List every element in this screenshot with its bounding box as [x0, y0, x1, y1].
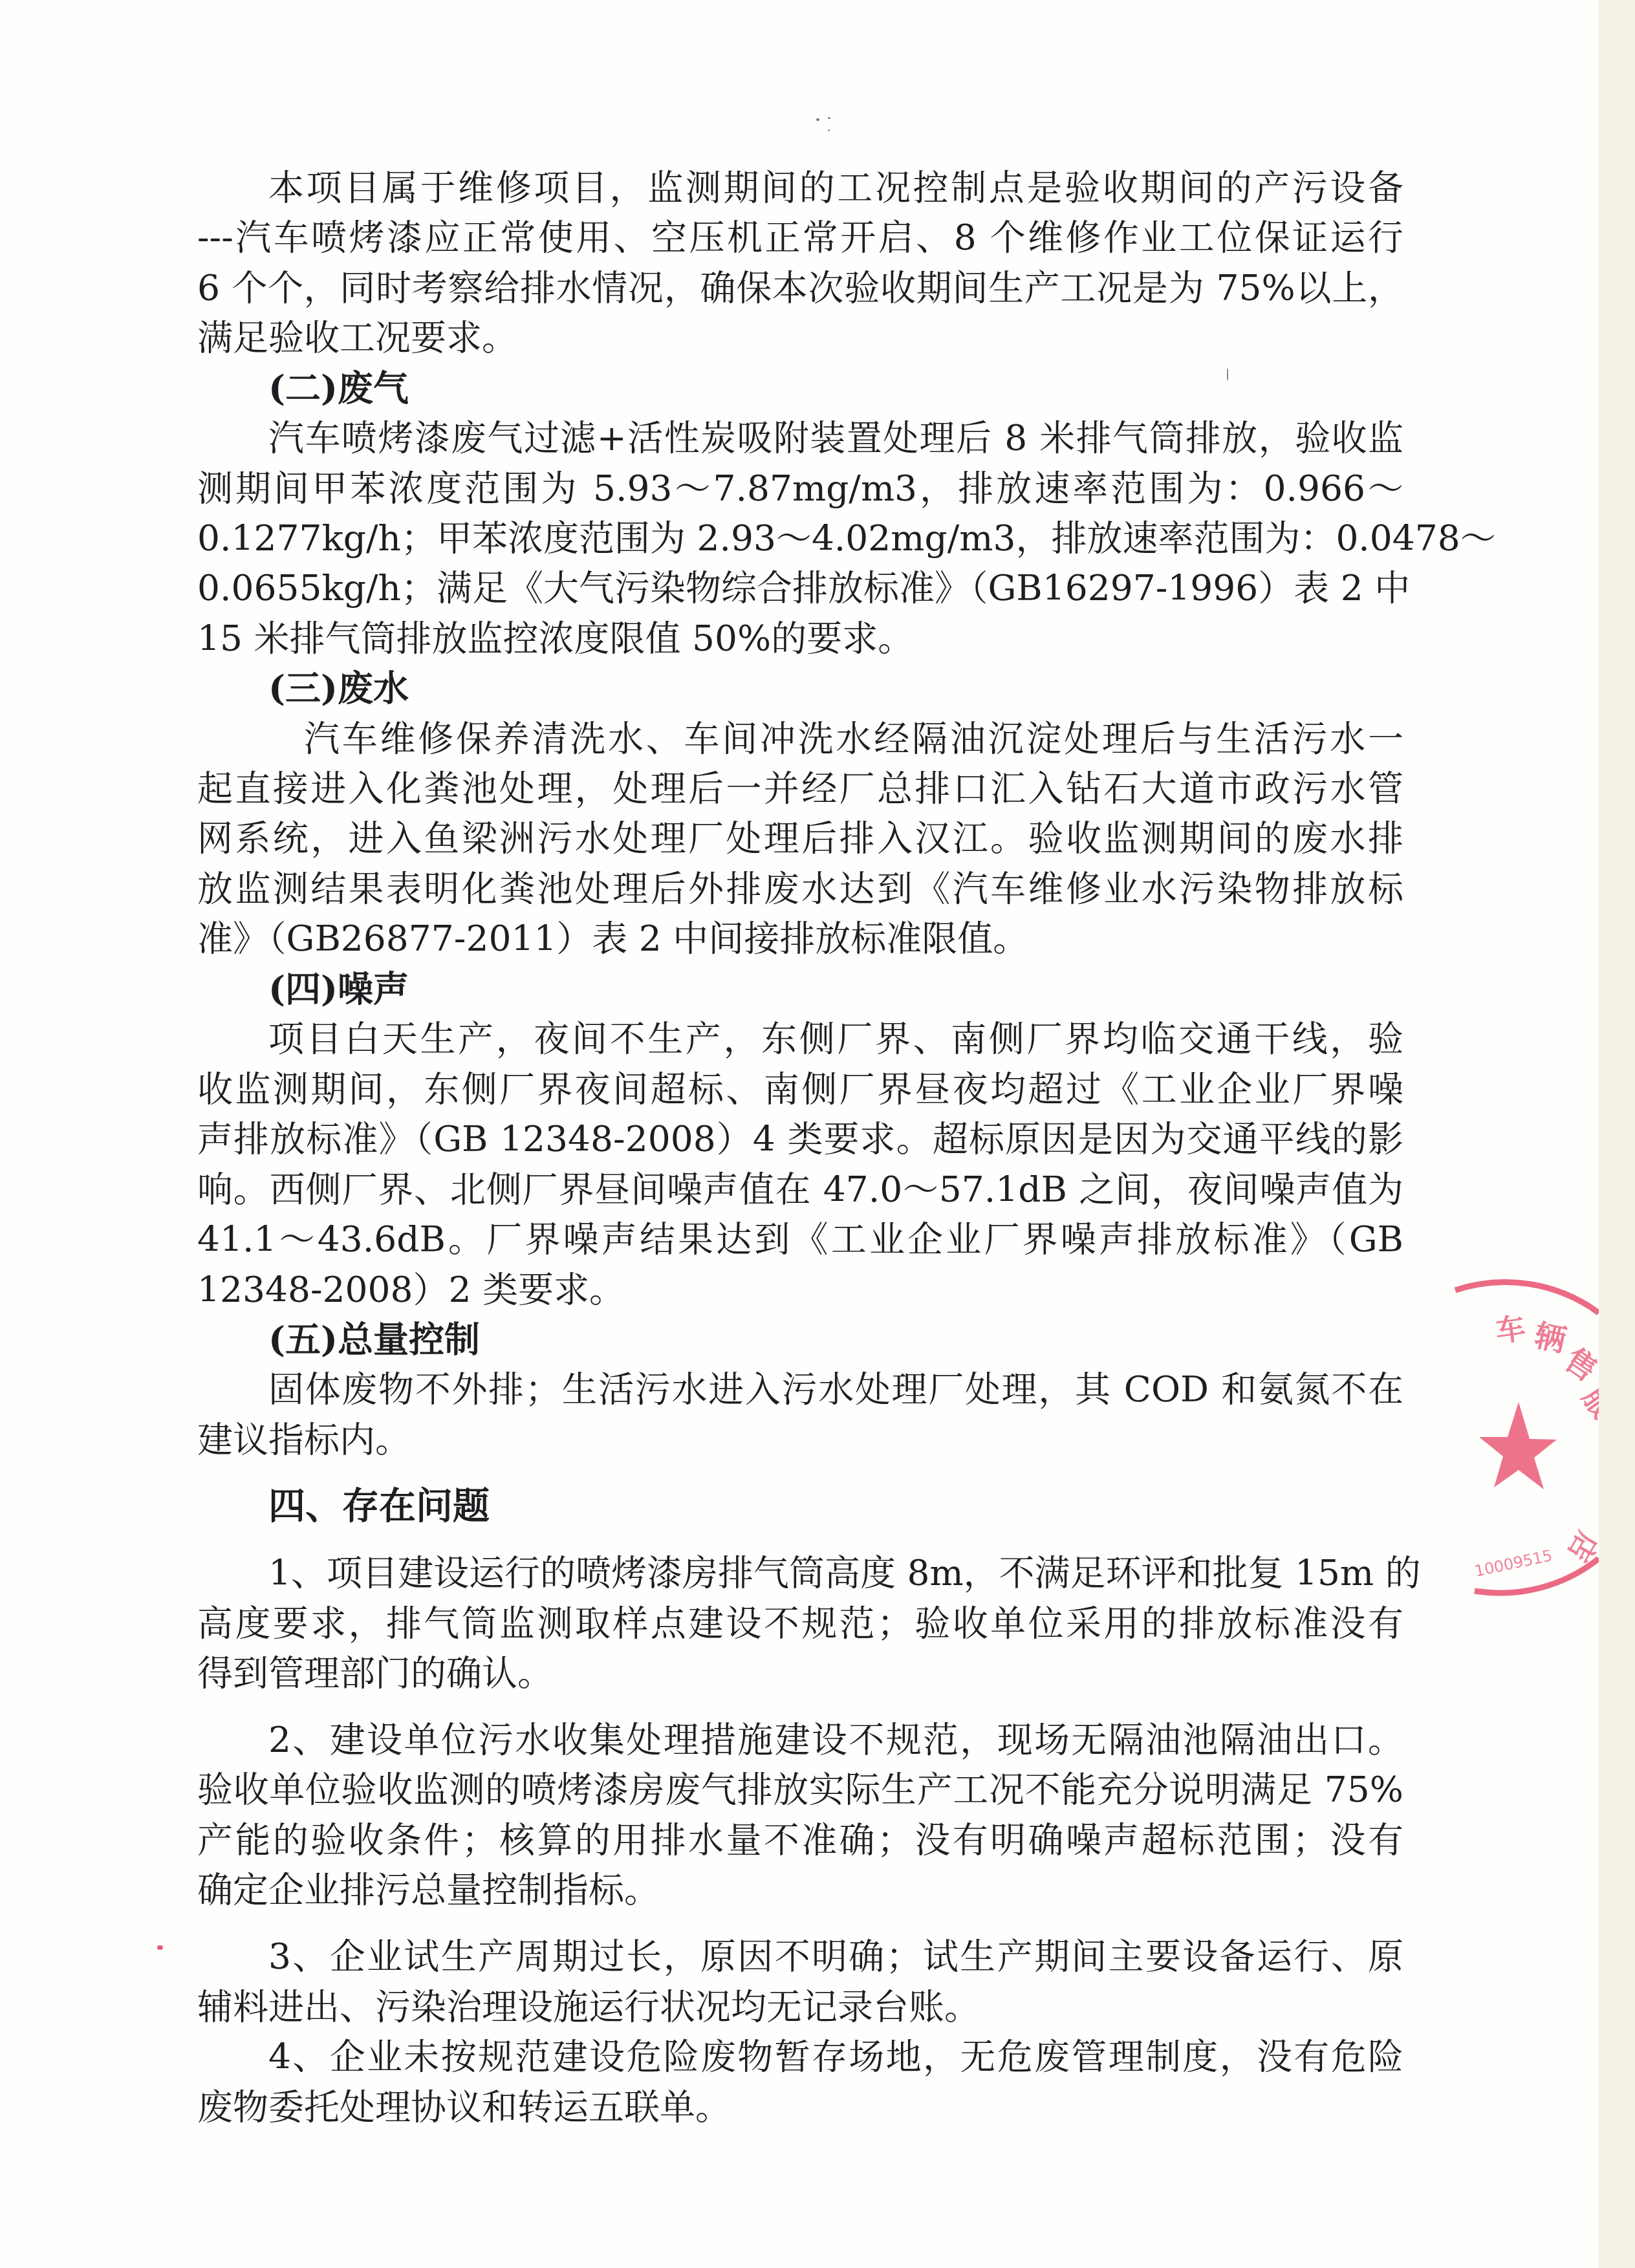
- text-line: 2、建设单位污水收集处理措施建设不规范，现场无隔油池隔油出口。: [268, 1718, 1403, 1761]
- section-heading: 四、存在问题: [268, 1485, 490, 1528]
- stamp-seal-icon: 车 辆 售 服 店 10009515: [1436, 1268, 1599, 1604]
- text-line: 41.1～43.6dB。厂界噪声结果达到《工业企业厂界噪声排放标准》（GB: [197, 1218, 1403, 1260]
- subsection-heading: (五)总量控制: [268, 1318, 480, 1361]
- text-line: 汽车维修保养清洗水、车间冲洗水经隔油沉淀处理后与生活污水一: [304, 717, 1403, 760]
- svg-text:10009515: 10009515: [1473, 1546, 1554, 1581]
- text-line: 起直接进入化粪池处理，处理后一并经厂总排口汇入钻石大道市政污水管: [197, 767, 1403, 810]
- text-line: 准》（GB26877-2011）表 2 中间接排放标准限值。: [197, 917, 1403, 960]
- subsection-heading: (四)噪声: [268, 967, 409, 1010]
- text-line: 验收单位验收监测的喷烤漆房废气排放实际生产工况不能充分说明满足 75%: [197, 1768, 1403, 1811]
- text-line: 收监测期间，东侧厂界夜间超标、南侧厂界昼夜均超过《工业企业厂界噪: [197, 1068, 1403, 1110]
- text-line: 响。西侧厂界、北侧厂界昼间噪声值在 47.0～57.1dB 之间，夜间噪声值为: [197, 1168, 1403, 1211]
- text-line: 3、企业试生产周期过长，原因不明确；试生产期间主要设备运行、原: [268, 1935, 1403, 1978]
- text-line: 放监测结果表明化粪池处理后外排废水达到《汽车维修业水污染物排放标: [197, 867, 1403, 910]
- text-line: 15 米排气筒排放监控浓度限值 50%的要求。: [197, 617, 1403, 660]
- red-ink-speck: [157, 1945, 163, 1950]
- text-line: 0.1277kg/h；甲苯浓度范围为 2.93～4.02mg/m3，排放速率范围…: [197, 517, 1403, 559]
- text-line: 高度要求，排气筒监测取样点建设不规范；验收单位采用的排放标准没有: [197, 1602, 1403, 1645]
- svg-text:店: 店: [1561, 1526, 1599, 1568]
- text-line: 4、企业未按规范建设危险废物暂存场地，无危废管理制度，没有危险: [268, 2035, 1403, 2078]
- text-line: 建议指标内。: [197, 1418, 1403, 1461]
- text-line: 得到管理部门的确认。: [197, 1652, 1403, 1694]
- scan-edge-strip: [1599, 0, 1635, 2268]
- text-line: 6 个个，同时考察给排水情况，确保本次验收期间生产工况是为 75%以上，: [197, 266, 1403, 309]
- svg-text:服: 服: [1575, 1382, 1599, 1424]
- text-line: 0.0655kg/h；满足《大气污染物综合排放标准》（GB16297-1996）…: [197, 567, 1403, 609]
- text-line: 废物委托处理协议和转运五联单。: [197, 2086, 1403, 2128]
- text-line: 满足验收工况要求。: [197, 316, 1403, 359]
- text-line: 辅料进出、污染治理设施运行状况均无记录台账。: [197, 1985, 1403, 2028]
- subsection-heading: (三)废水: [268, 667, 409, 709]
- text-line: 测期间甲苯浓度范围为 5.93～7.87mg/m3，排放速率范围为：0.966～: [197, 467, 1403, 510]
- scan-speck: [828, 117, 830, 119]
- text-line: 网系统，进入鱼梁洲污水处理厂处理后排入汉江。验收监测期间的废水排: [197, 817, 1403, 859]
- text-line: 本项目属于维修项目，监测期间的工况控制点是验收期间的产污设备: [268, 166, 1403, 209]
- scan-speck: [1227, 369, 1228, 380]
- subsection-heading: (二)废气: [268, 367, 409, 409]
- text-line: 汽车喷烤漆废气过滤+活性炭吸附装置处理后 8 米排气筒排放，验收监: [268, 416, 1403, 459]
- text-line: 1、项目建设运行的喷烤漆房排气筒高度 8m，不满足环评和批复 15m 的: [268, 1551, 1403, 1594]
- text-line: ---汽车喷烤漆应正常使用、空压机正常开启、8 个维修作业工位保证运行: [197, 216, 1403, 259]
- official-stamp: 车 辆 售 服 店 10009515: [1436, 1268, 1599, 1604]
- text-line: 项目白天生产，夜间不生产，东侧厂界、南侧厂界均临交通干线，验: [268, 1017, 1403, 1060]
- text-line: 确定企业排污总量控制指标。: [197, 1868, 1403, 1911]
- svg-text:车: 车: [1493, 1310, 1528, 1349]
- scan-speck: [828, 129, 830, 131]
- text-line: 12348-2008）2 类要求。: [197, 1268, 1403, 1311]
- scan-speck: [816, 118, 819, 121]
- text-line: 固体废物不外排；生活污水进入污水处理厂处理，其 COD 和氨氮不在: [268, 1368, 1403, 1410]
- text-line: 声排放标准》（GB 12348-2008）4 类要求。超标原因是因为交通平线的影: [197, 1118, 1403, 1160]
- svg-text:辆: 辆: [1532, 1317, 1570, 1359]
- text-line: 产能的验收条件；核算的用排水量不准确；没有明确噪声超标范围；没有: [197, 1819, 1403, 1861]
